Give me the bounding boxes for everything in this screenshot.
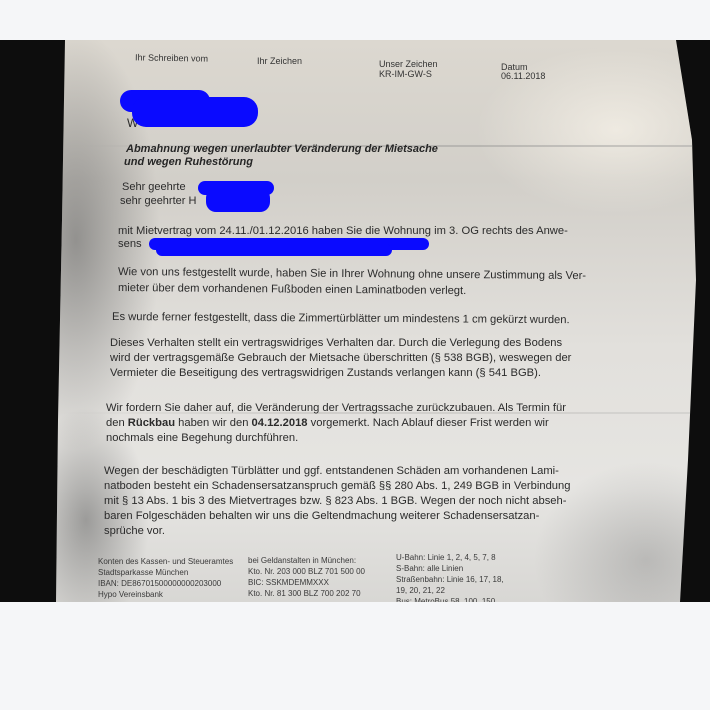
footer-transit-col: U-Bahn: Linie 1, 2, 4, 5, 7, 8 S-Bahn: a… — [396, 552, 504, 602]
paragraph-1-line-2: sens — [118, 237, 142, 253]
paragraph-3-line-1: Es wurde ferner festgestellt, dass die Z… — [112, 310, 570, 329]
datum-value: 06.11.2018 — [501, 71, 545, 81]
paragraph-5-line-3: nochmals eine Begehung durchführen. — [106, 431, 298, 447]
paragraph-4-line-1: Dieses Verhalten stellt ein vertragswidr… — [110, 336, 562, 352]
paragraph-6-line-3: mit § 13 Abs. 1 bis 3 des Mietvertrages … — [104, 494, 566, 510]
footer-line: IBAN: DE86701500000000203000 — [98, 578, 233, 589]
salutation-2: sehr geehrter H — [120, 194, 196, 210]
paragraph-6-line-4: baren Folgeschäden behalten wir uns die … — [104, 509, 539, 525]
paragraph-6-line-2: natboden besteht ein Schadensersatzanspr… — [104, 479, 570, 495]
footer-bank-col-1: Konten des Kassen- und Steueramtes Stadt… — [98, 556, 233, 600]
deadline-date: 04.12.2018 — [252, 417, 308, 429]
redaction-block — [132, 97, 258, 127]
paragraph-6-line-5: sprüche vor. — [104, 524, 165, 540]
paragraph-6-line-1: Wegen der beschädigten Türblätter und gg… — [104, 464, 559, 480]
unser-zeichen-label: Unser Zeichen — [379, 59, 438, 69]
redaction-block — [156, 244, 392, 256]
subject-line-1: Abmahnung wegen unerlaubter Veränderung … — [126, 143, 438, 156]
letter-paper: Ihr Schreiben vom Ihr Zeichen Unser Zeic… — [56, 40, 696, 602]
footer-line: Kto. Nr. 203 000 BLZ 701 500 00 — [248, 566, 365, 577]
ihr-schreiben-label: Ihr Schreiben vom — [135, 52, 208, 63]
footer-line: S-Bahn: alle Linien — [396, 563, 504, 574]
subject-line-2: und wegen Ruhestörung — [124, 156, 253, 169]
footer-line: Straßenbahn: Linie 16, 17, 18, — [396, 574, 504, 585]
text-run: vorgemerkt. Nach Ablauf dieser Frist wer… — [308, 417, 549, 429]
footer-line: Hypo Vereinsbank — [98, 589, 233, 600]
footer-line: Bus: MetroBus 58, 100, 150 — [396, 596, 504, 602]
paragraph-5-line-1: Wir fordern Sie daher auf, die Veränderu… — [106, 401, 566, 417]
text-run: den — [106, 417, 128, 429]
document-photo: Ihr Schreiben vom Ihr Zeichen Unser Zeic… — [0, 40, 710, 602]
footer-line: U-Bahn: Linie 1, 2, 4, 5, 7, 8 — [396, 552, 504, 563]
paragraph-5-line-2: den Rückbau haben wir den 04.12.2018 vor… — [106, 416, 549, 432]
paragraph-4-line-3: Vermieter die Beseitigung des vertragswi… — [110, 366, 541, 382]
footer-line: 19, 20, 21, 22 — [396, 585, 504, 596]
unser-zeichen-value: KR-IM-GW-S — [379, 69, 432, 79]
redaction-block — [206, 188, 270, 212]
ihr-zeichen-label: Ihr Zeichen — [257, 56, 302, 66]
footer-bank-col-2: bei Geldanstalten in München: Kto. Nr. 2… — [248, 555, 365, 599]
text-run: haben wir den — [175, 417, 252, 429]
footer-line: Konten des Kassen- und Steueramtes — [98, 556, 233, 567]
rueckbau-bold: Rückbau — [128, 417, 175, 429]
footer-line: Stadtsparkasse München — [98, 567, 233, 578]
paragraph-2-line-2: mieter über dem vorhandenen Fußboden ein… — [118, 281, 466, 300]
footer-line: Kto. Nr. 81 300 BLZ 700 202 70 — [248, 588, 365, 599]
paragraph-4-line-2: wird der vertragsgemäße Gebrauch der Mie… — [110, 351, 571, 367]
footer-line: bei Geldanstalten in München: — [248, 555, 365, 566]
footer-line: BIC: SSKMDEMMXXX — [248, 577, 365, 588]
